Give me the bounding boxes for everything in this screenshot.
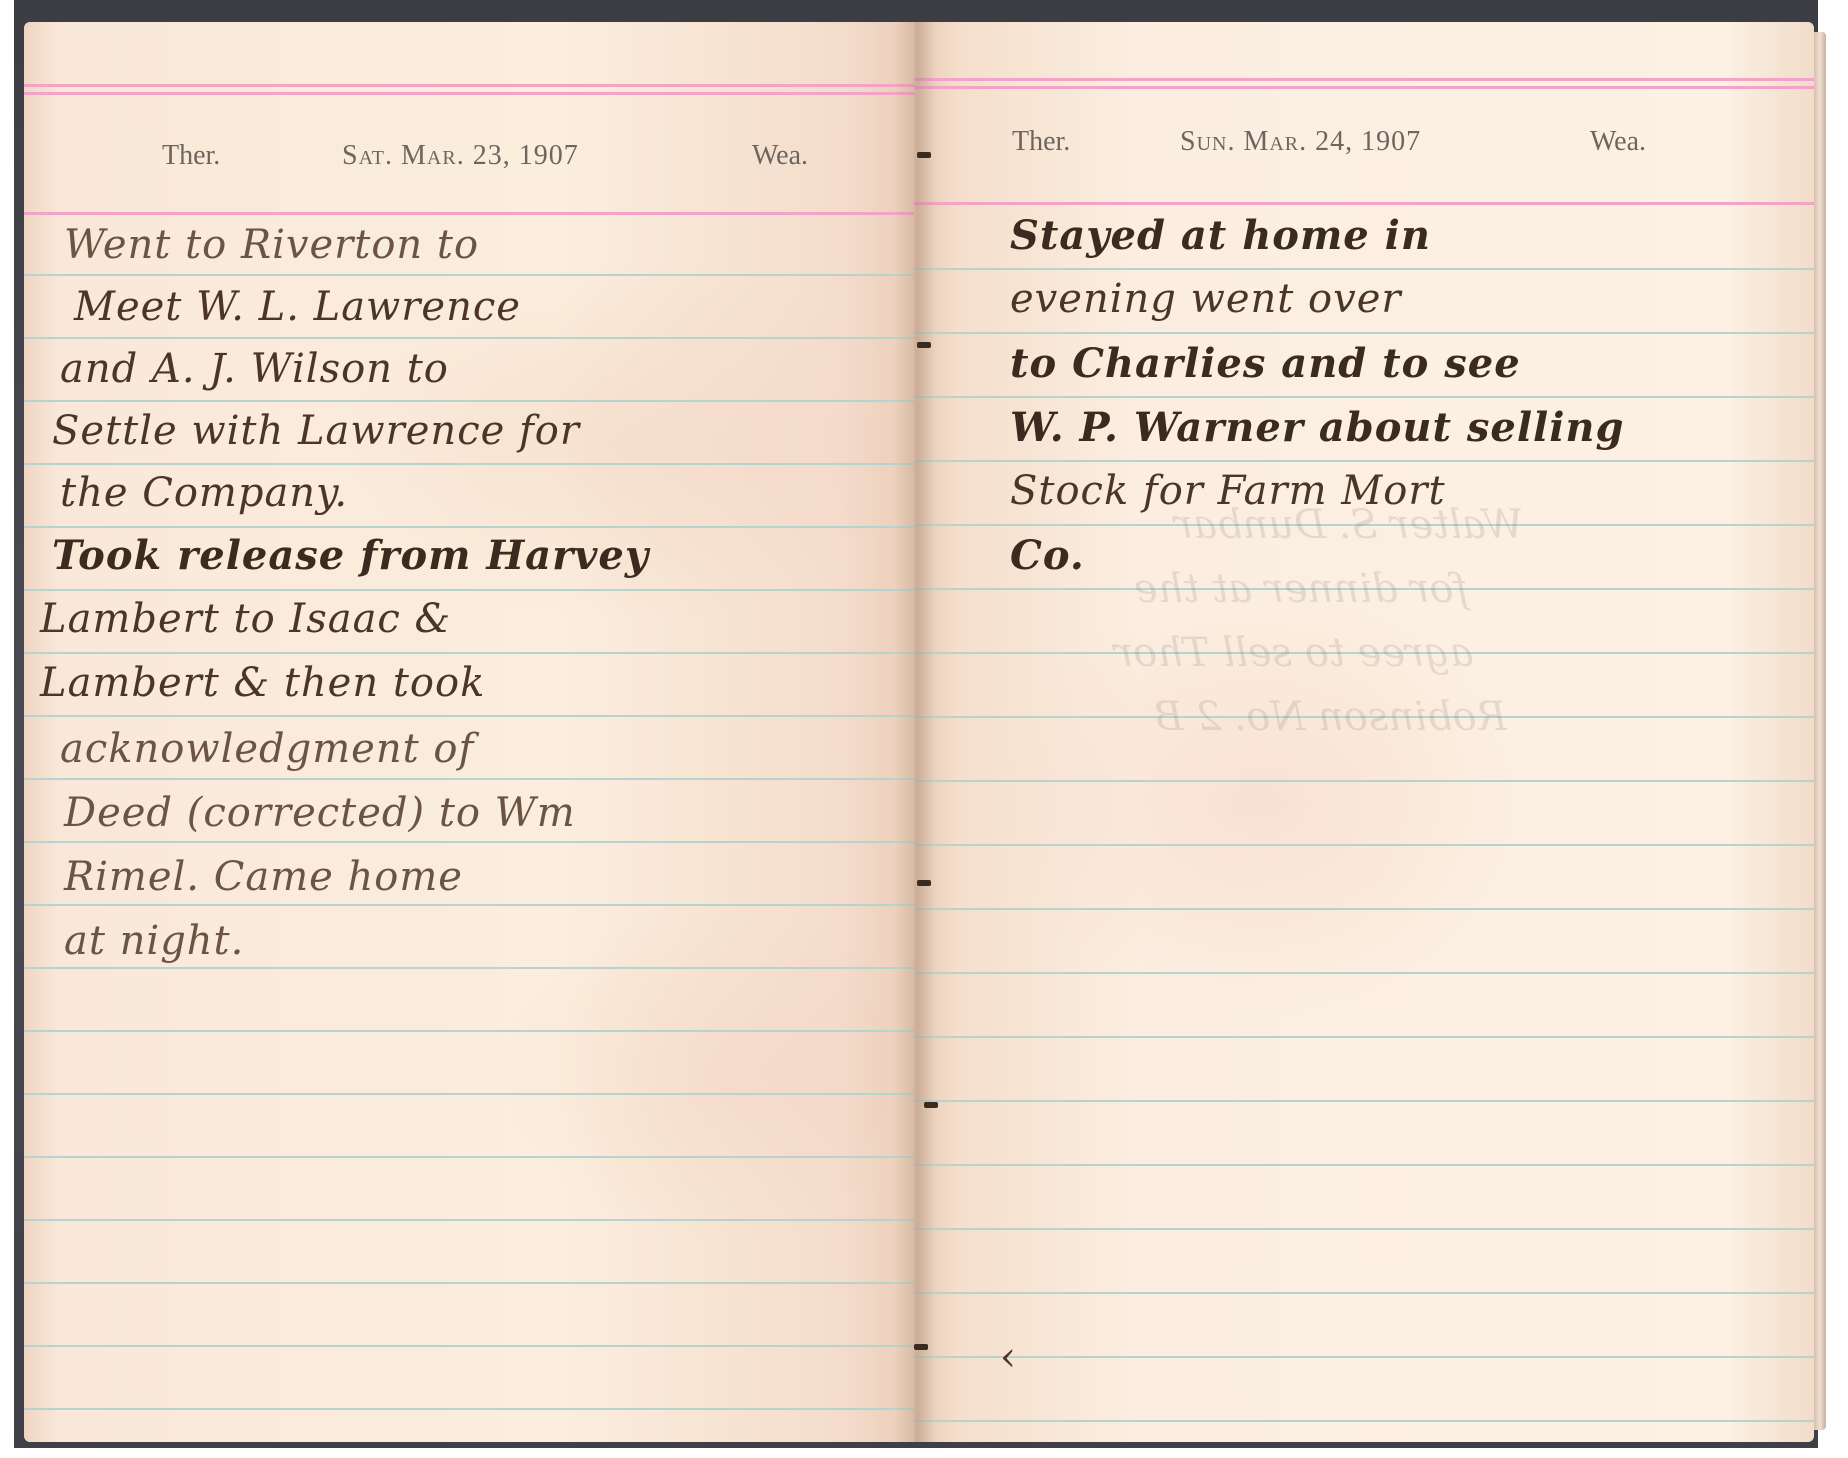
- ruled-line: [24, 778, 914, 780]
- bleed-through-text: for dinner at the: [1134, 566, 1468, 612]
- entry-line: Rimel. Came home: [64, 854, 463, 900]
- header-rule-top-1: [24, 84, 914, 87]
- left-page: Ther. Sat. Mar. 23, 1907 Wea. Went to Ri…: [24, 22, 914, 1442]
- ruled-line: [24, 1408, 914, 1410]
- ruled-line: [914, 972, 1814, 974]
- ruled-line: [914, 1100, 1814, 1102]
- ruled-line: [914, 1164, 1814, 1166]
- entry-line: Stayed at home in: [1010, 212, 1431, 259]
- wea-label: Wea.: [1590, 126, 1646, 158]
- ruled-line: [914, 1356, 1814, 1358]
- ruled-line: [24, 904, 914, 906]
- ruled-line: [24, 526, 914, 528]
- ruled-line: [24, 967, 914, 969]
- ruled-line: [914, 908, 1814, 910]
- page-date: Sat. Mar. 23, 1907: [342, 140, 579, 172]
- ruled-line: [24, 652, 914, 654]
- right-page: Ther. Sun. Mar. 24, 1907 Wea. Walter S. …: [914, 22, 1814, 1442]
- header-rule-top-2: [914, 86, 1814, 89]
- left-page-header: Ther. Sat. Mar. 23, 1907 Wea.: [24, 140, 914, 180]
- entry-line: the Company.: [60, 470, 348, 516]
- page-date: Sun. Mar. 24, 1907: [1180, 126, 1421, 158]
- entry-line: Deed (corrected) to Wm: [64, 790, 576, 836]
- bleed-through-text: Robinson No. 2 B: [1154, 694, 1507, 740]
- entry-line: Meet W. L. Lawrence: [74, 284, 521, 330]
- binding-thread: [917, 880, 931, 886]
- ruled-line: [914, 844, 1814, 846]
- ruled-line: [914, 396, 1814, 398]
- entry-line: Went to Riverton to: [64, 222, 479, 268]
- ruled-line: [914, 1292, 1814, 1294]
- ruled-line: [914, 1228, 1814, 1230]
- entry-line: and A. J. Wilson to: [60, 346, 449, 392]
- ruled-line: [914, 460, 1814, 462]
- ruled-line: [24, 337, 914, 339]
- entry-line: Lambert & then took: [40, 660, 485, 706]
- ruled-line: [24, 463, 914, 465]
- header-rule-top-2: [24, 92, 914, 95]
- ther-label: Ther.: [1012, 126, 1070, 158]
- header-rule-bottom: [914, 202, 1814, 205]
- entry-line: to Charlies and to see: [1010, 340, 1521, 387]
- ruled-line: [24, 1156, 914, 1158]
- binding-thread: [917, 342, 931, 348]
- ruled-line: [24, 1345, 914, 1347]
- entry-line: evening went over: [1010, 276, 1402, 322]
- entry-line: Settle with Lawrence for: [52, 408, 580, 454]
- stray-pen-mark: ‹: [1000, 1334, 1016, 1380]
- entry-line: Co.: [1010, 532, 1085, 579]
- ruled-line: [914, 780, 1814, 782]
- ruled-line: [24, 1093, 914, 1095]
- bleed-through-text: agree to sell Thor: [1114, 630, 1474, 676]
- binding-thread: [917, 152, 931, 158]
- ruled-line: [914, 1036, 1814, 1038]
- ruled-line: [24, 400, 914, 402]
- ruled-line: [24, 274, 914, 276]
- ruled-line: [914, 268, 1814, 270]
- entry-line: acknowledgment of: [60, 726, 474, 772]
- binding-thread: [914, 1344, 928, 1350]
- header-rule-top-1: [914, 78, 1814, 81]
- ruled-line: [24, 589, 914, 591]
- page-edges: [1814, 32, 1826, 1430]
- entry-line: at night.: [64, 918, 244, 964]
- entry-line: Stock for Farm Mort: [1010, 468, 1446, 514]
- ruled-line: [24, 1030, 914, 1032]
- right-page-header: Ther. Sun. Mar. 24, 1907 Wea.: [914, 126, 1814, 166]
- entry-line: Lambert to Isaac &: [40, 596, 451, 642]
- entry-line: W. P. Warner about selling: [1010, 404, 1624, 451]
- ruled-line: [914, 332, 1814, 334]
- entry-line: Took release from Harvey: [52, 532, 649, 579]
- ruled-line: [24, 1219, 914, 1221]
- ruled-line: [24, 715, 914, 717]
- ther-label: Ther.: [162, 140, 220, 172]
- wea-label: Wea.: [752, 140, 808, 172]
- diary-spread: Ther. Sat. Mar. 23, 1907 Wea. Went to Ri…: [24, 22, 1814, 1442]
- binding-thread: [924, 1102, 938, 1108]
- ruled-line: [24, 1282, 914, 1284]
- header-rule-bottom: [24, 212, 914, 215]
- ruled-line: [914, 1420, 1814, 1422]
- ruled-line: [24, 841, 914, 843]
